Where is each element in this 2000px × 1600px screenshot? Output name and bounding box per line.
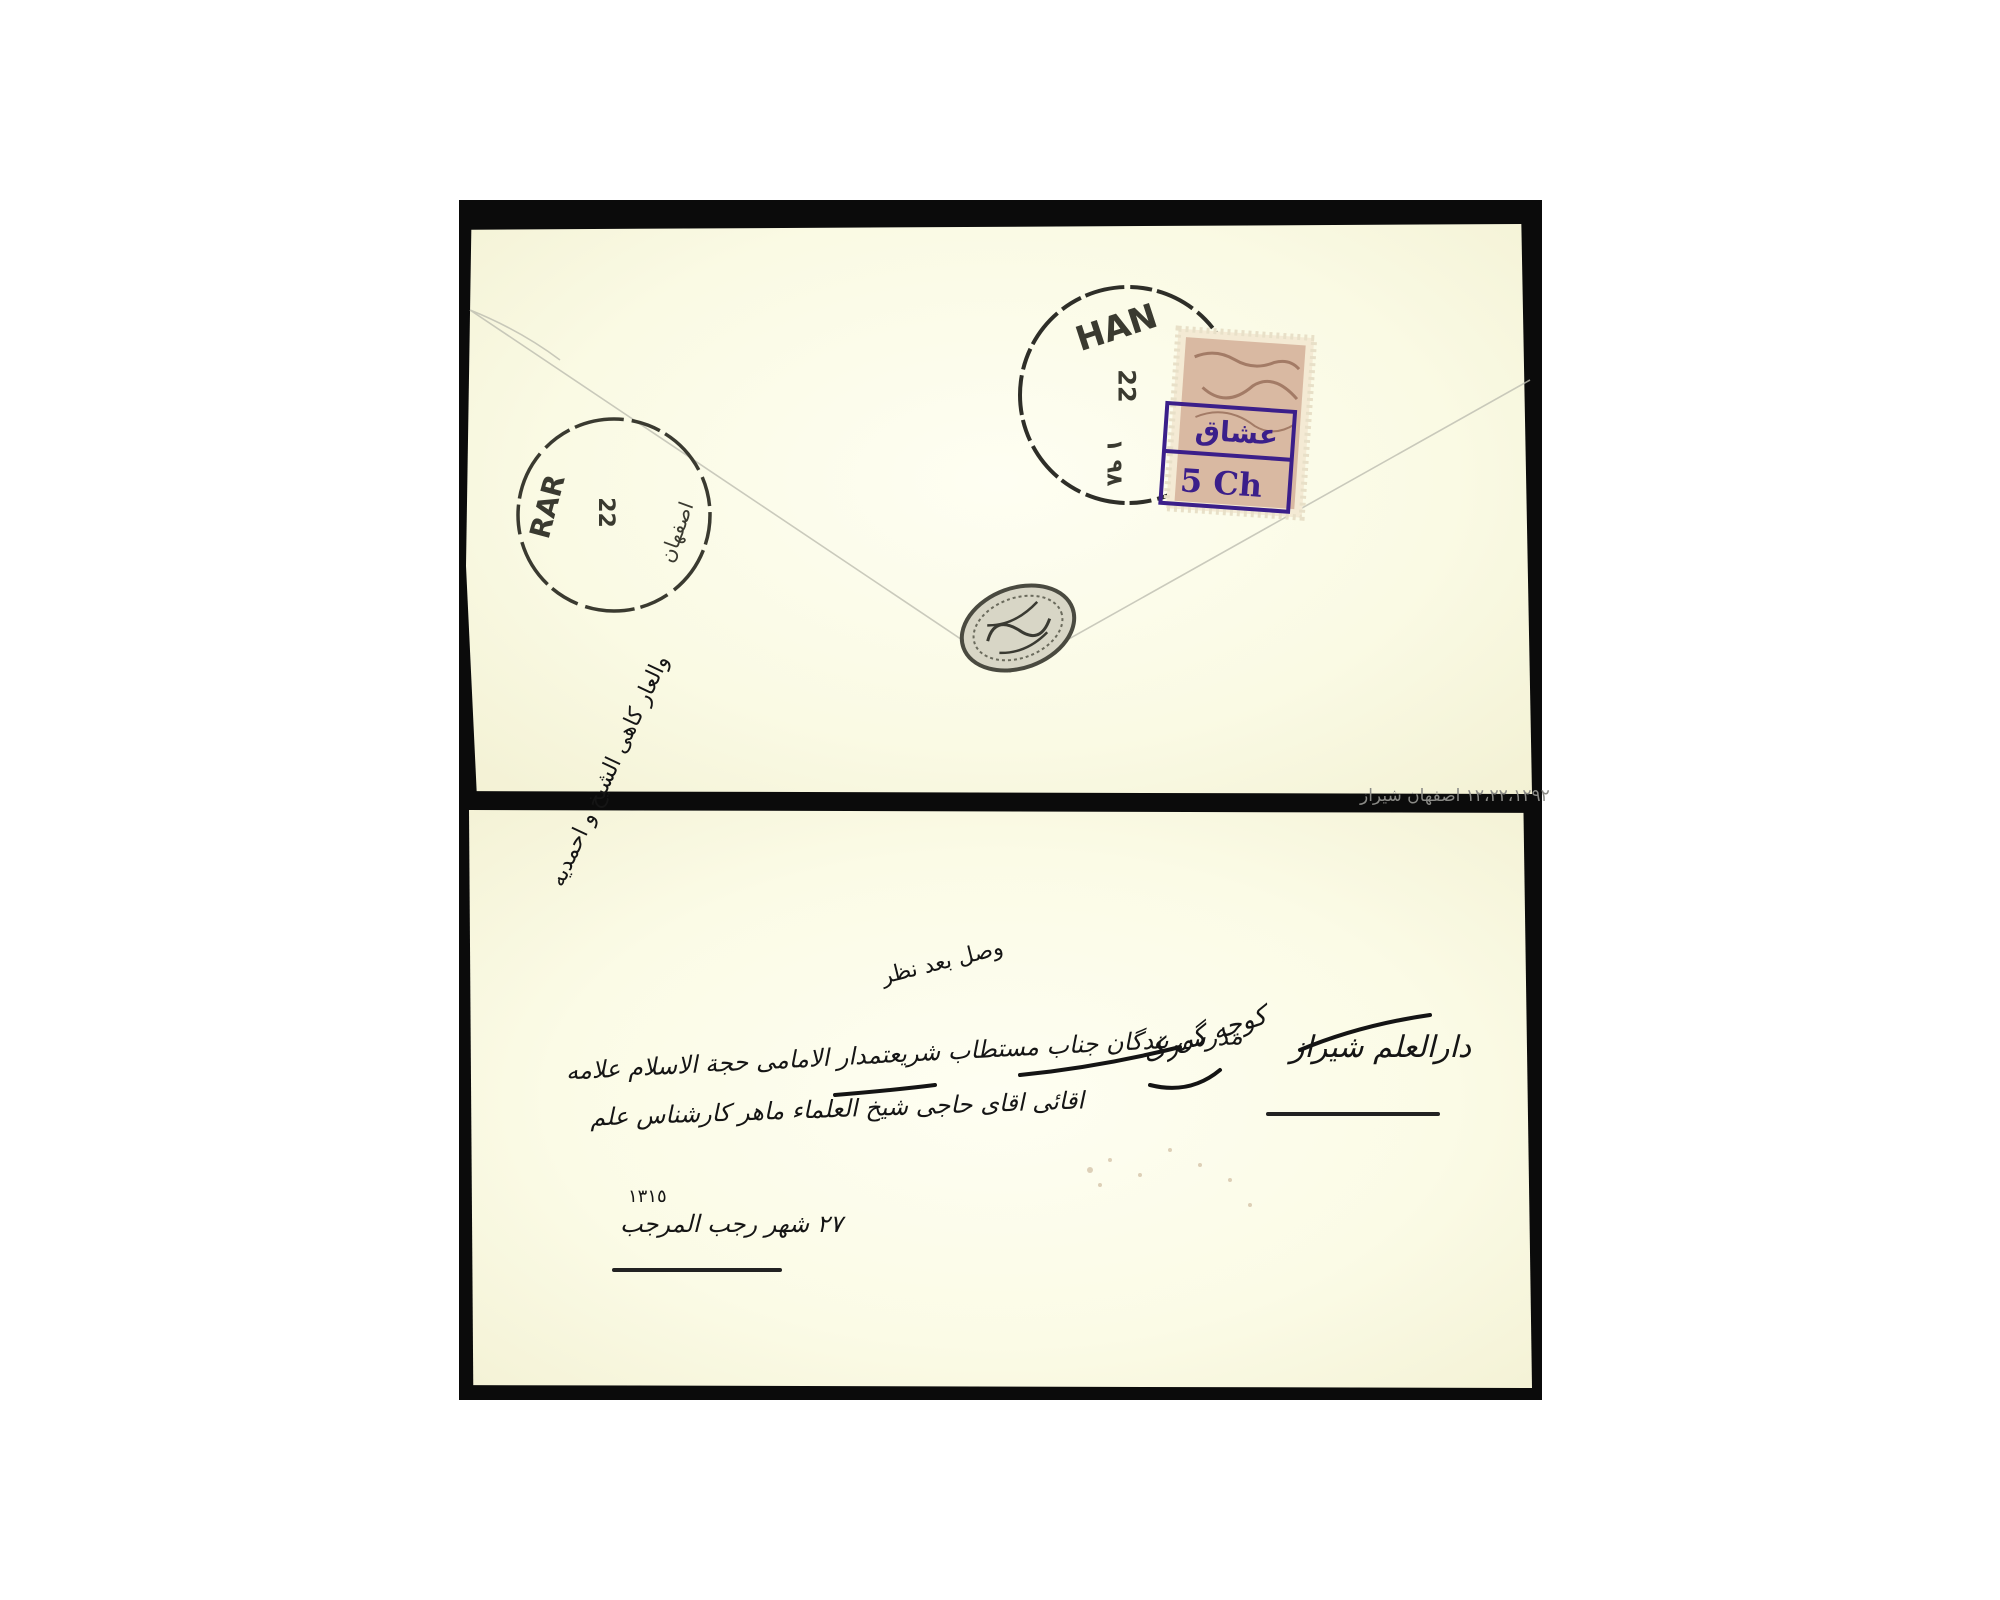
postmark-right-day: 22 [1113, 369, 1141, 402]
date-year: ١٣١٥ [628, 1186, 667, 1207]
postmark-right-lower: ٩٨ ١ [1101, 439, 1126, 487]
wax-seal [950, 571, 1086, 686]
envelope-markings [0, 0, 2000, 1600]
postmark-left-day: 22 [593, 497, 618, 528]
date-line: ٢٧ شهر رجب المرجب [620, 1210, 843, 1238]
date-underline [612, 1268, 782, 1272]
destination-city: دارالعلم شیراز [1290, 1030, 1471, 1065]
paper-stains [1087, 1148, 1252, 1207]
stamp-overprint-value: 5 Ch [1179, 461, 1264, 505]
stamp-overprint-persian: عشاق [1194, 413, 1279, 452]
pencil-note: ١٢،٢٢،١٢٩٢ اصفهان شیراز [1360, 786, 1550, 806]
destination-underline [1266, 1112, 1440, 1116]
